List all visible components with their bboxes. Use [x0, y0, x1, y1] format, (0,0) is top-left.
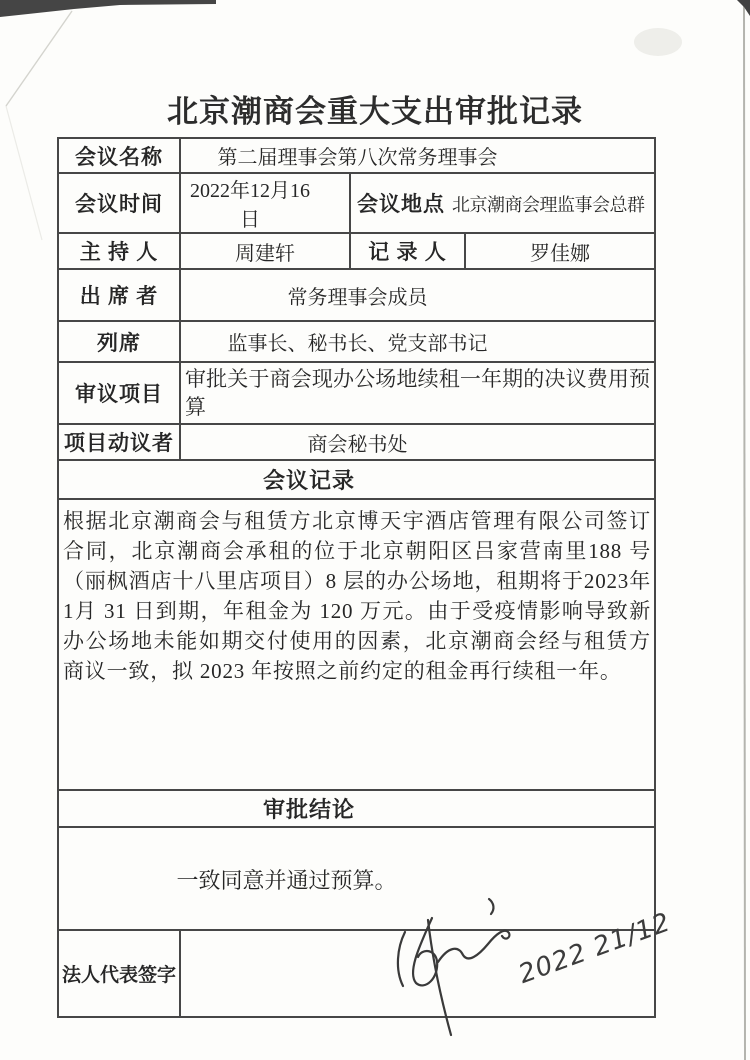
signature-label: 法人代表签字 [58, 930, 180, 1017]
meeting-place-value: 北京潮商会理监事会总群 [452, 195, 645, 215]
minutes-content: 根据北京潮商会与租赁方北京博天宇酒店管理有限公司签订合同，北京潮商会承租的位于北… [58, 499, 655, 790]
minutes-header: 会议记录 [58, 460, 655, 499]
observers-label: 列席 [58, 321, 180, 362]
row-minutes-header: 会议记录 [58, 460, 655, 499]
row-minutes-content: 根据北京潮商会与租赁方北京博天宇酒店管理有限公司签订合同，北京潮商会承租的位于北… [58, 499, 655, 790]
observers-value: 监事长、秘书长、党支部书记 [180, 321, 655, 362]
meeting-place-cell: 会议地点北京潮商会理监事会总群 [350, 173, 655, 233]
conclusion-header: 审批结论 [58, 790, 655, 827]
host-label: 主 持 人 [58, 233, 180, 269]
row-review-item: 审议项目 审批关于商会现办公场地续租一年期的决议费用预算 [58, 362, 655, 424]
attendees-value: 常务理事会成员 [180, 269, 655, 321]
row-proposer: 项目动议者 商会秘书处 [58, 424, 655, 460]
proposer-value: 商会秘书处 [180, 424, 655, 460]
host-value: 周建轩 [180, 233, 350, 269]
signature-cell [180, 930, 655, 1017]
corner-mark [737, 0, 750, 16]
meeting-time-label: 会议时间 [58, 173, 180, 233]
meeting-time-value: 2022年12月16日 [180, 173, 350, 233]
scanned-document-page: 北京潮商会重大支出审批记录 会议名称 第二届理事会第八次常务理事会 会议时间 2… [0, 0, 750, 1060]
row-conclusion-content: 一致同意并通过预算。 [58, 827, 655, 930]
meeting-name-label: 会议名称 [58, 138, 180, 173]
recorder-label: 记 录 人 [350, 233, 465, 269]
review-item-value: 审批关于商会现办公场地续租一年期的决议费用预算 [180, 362, 655, 424]
review-item-label: 审议项目 [58, 362, 180, 424]
scan-edge-band [0, 0, 216, 17]
page-edge-line [744, 4, 745, 1060]
meeting-name-value: 第二届理事会第八次常务理事会 [180, 138, 655, 173]
proposer-label: 项目动议者 [58, 424, 180, 460]
row-conclusion-header: 审批结论 [58, 790, 655, 827]
scan-smudge [634, 28, 682, 56]
row-observers: 列席 监事长、秘书长、党支部书记 [58, 321, 655, 362]
attendees-label: 出 席 者 [58, 269, 180, 321]
document-title: 北京潮商会重大支出审批记录 [0, 86, 750, 131]
recorder-value: 罗佳娜 [465, 233, 655, 269]
conclusion-content: 一致同意并通过预算。 [58, 827, 655, 930]
row-signature: 法人代表签字 [58, 930, 655, 1017]
row-meeting-time-place: 会议时间 2022年12月16日 会议地点北京潮商会理监事会总群 [58, 173, 655, 233]
row-meeting-name: 会议名称 第二届理事会第八次常务理事会 [58, 138, 655, 173]
row-host-recorder: 主 持 人 周建轩 记 录 人 罗佳娜 [58, 233, 655, 269]
row-attendees: 出 席 者 常务理事会成员 [58, 269, 655, 321]
approval-record-table: 会议名称 第二届理事会第八次常务理事会 会议时间 2022年12月16日 会议地… [57, 137, 656, 1018]
meeting-place-label: 会议地点 [357, 192, 445, 216]
